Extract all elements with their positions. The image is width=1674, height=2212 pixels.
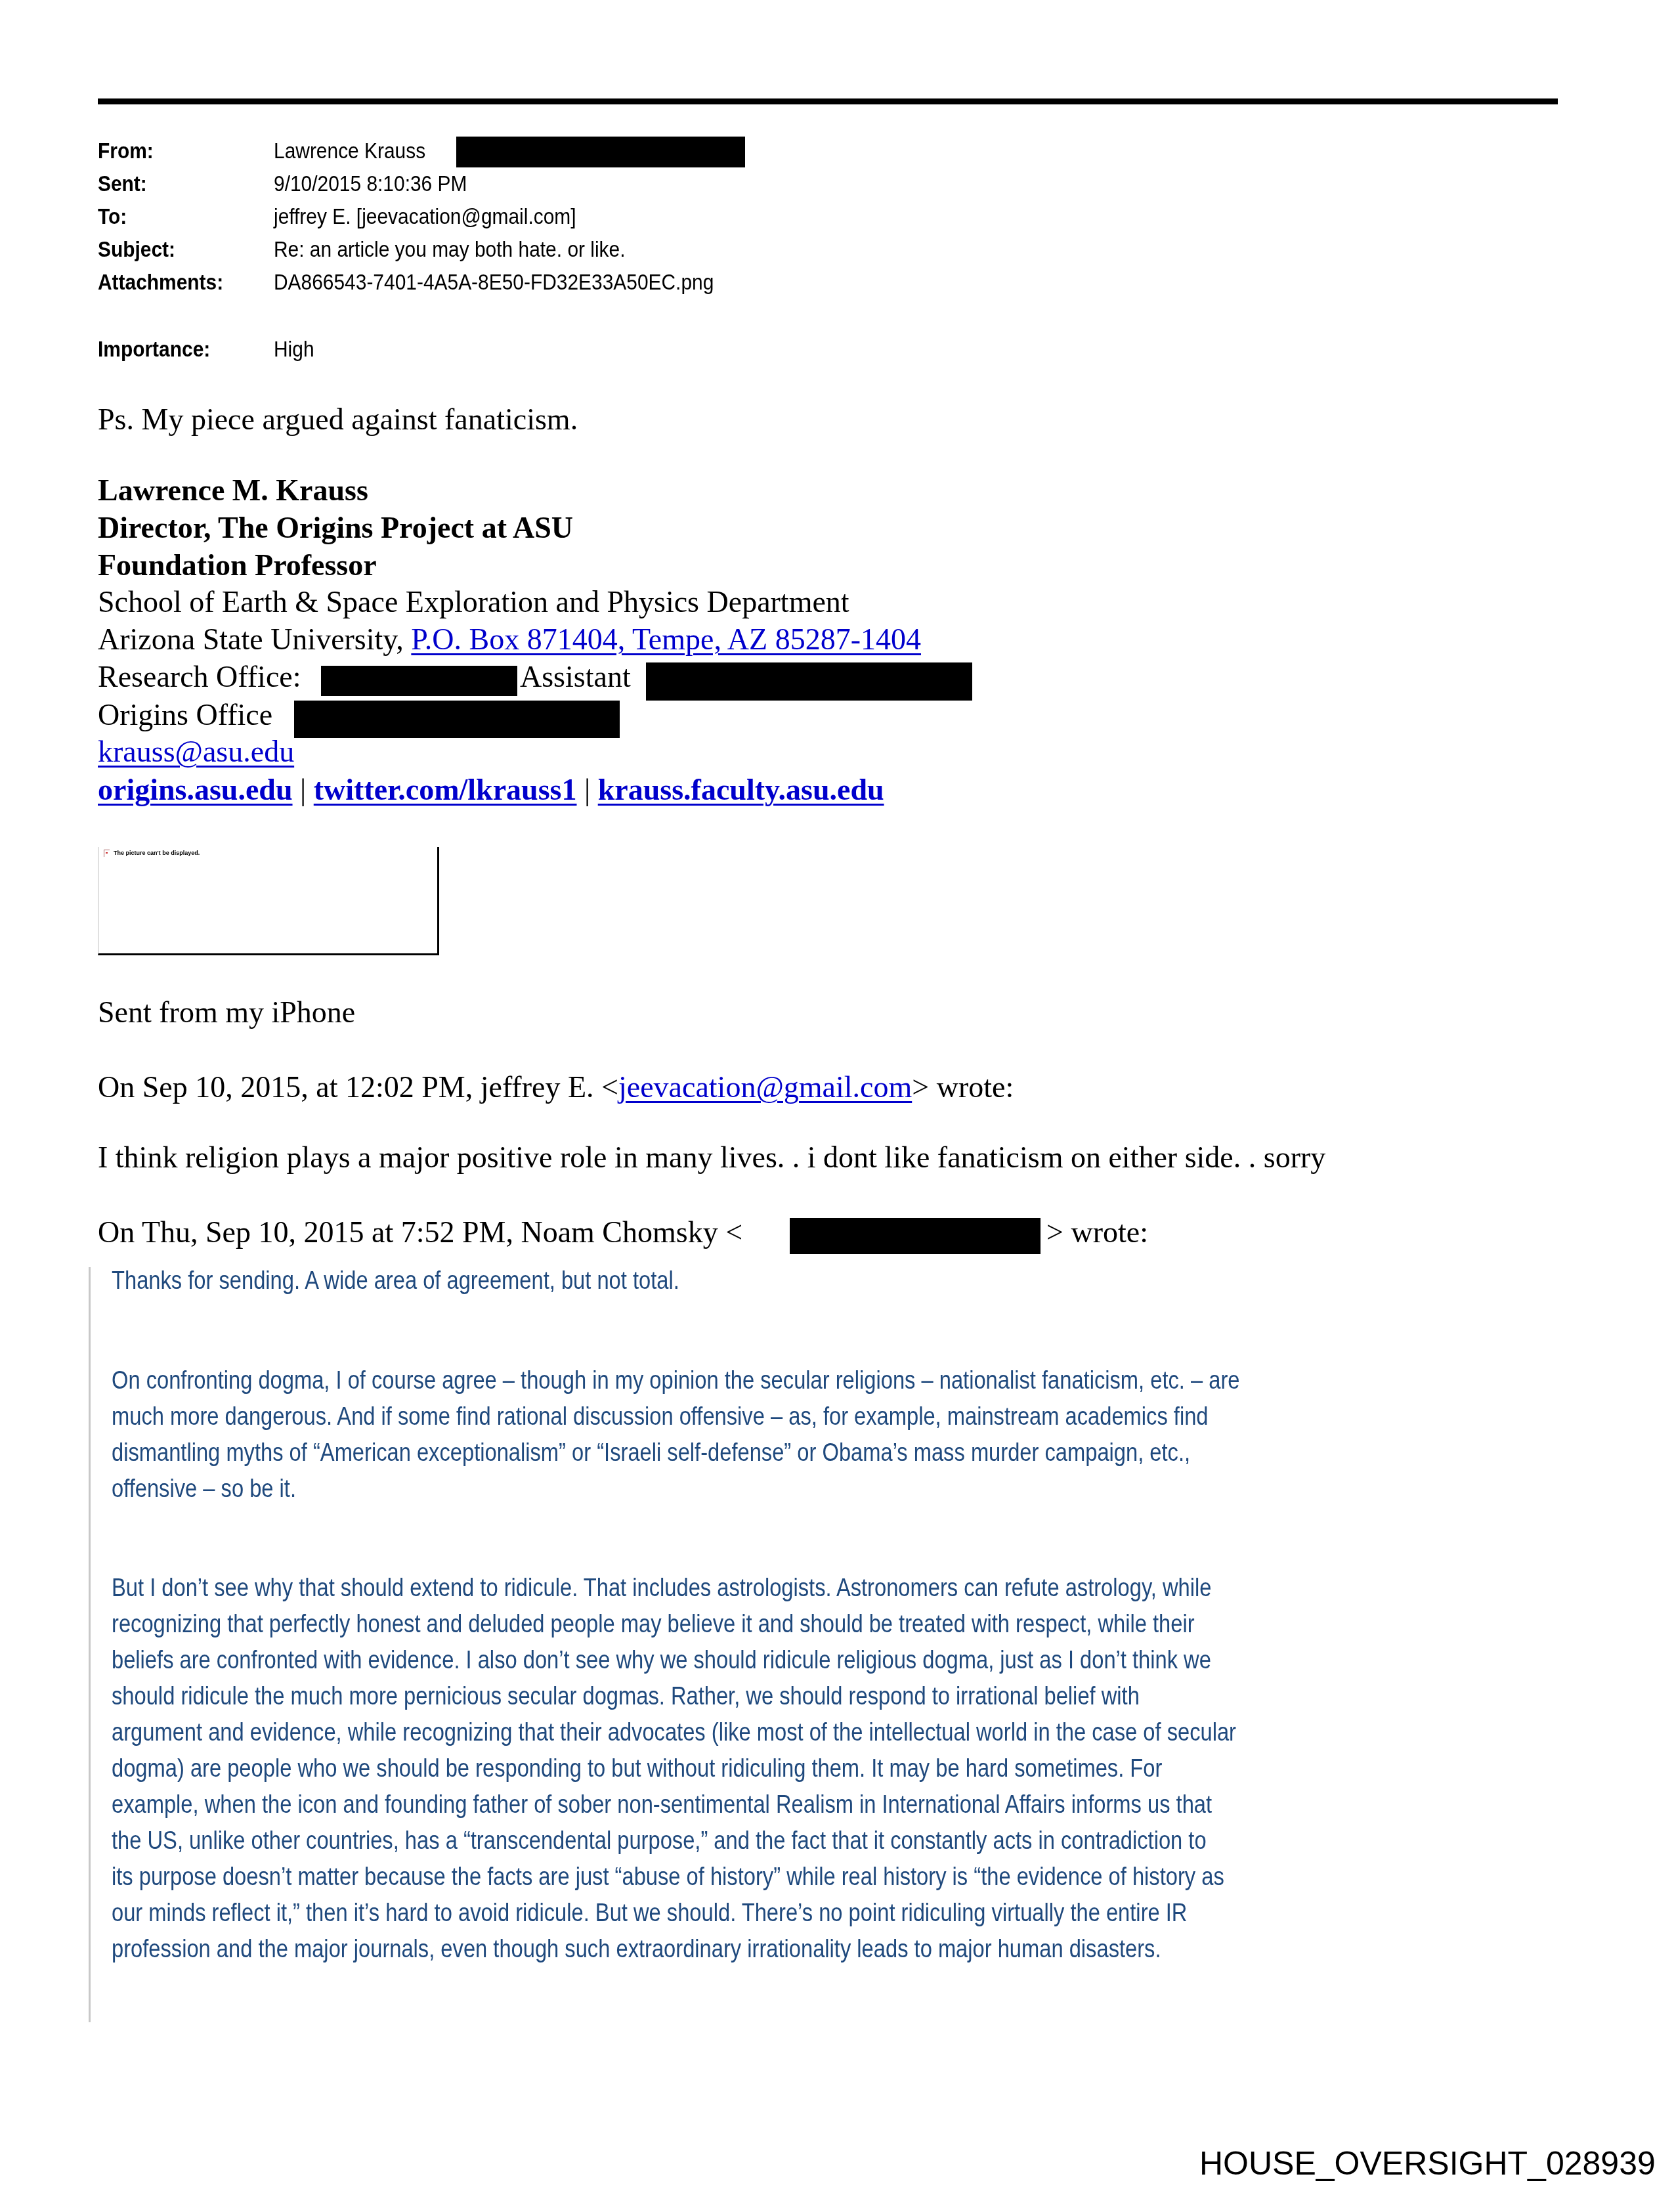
quoted-line: the US, unlike other countries, has a “t… <box>112 1827 1207 1855</box>
research-office-label: Research Office: <box>98 660 301 693</box>
quoted-line: On confronting dogma, I of course agree … <box>112 1367 1239 1395</box>
to-label: To: <box>98 200 127 233</box>
redaction-origins-office-phone <box>294 701 620 738</box>
link-separator: | <box>577 773 598 806</box>
quoted-line: profession and the major journals, even … <box>112 1936 1161 1964</box>
quoted-line: Thanks for sending. A wide area of agree… <box>112 1267 679 1295</box>
ps-line: Ps. My piece argued against fanaticism. <box>98 402 578 437</box>
address-link[interactable]: P.O. Box 871404, Tempe, AZ 85287-1404 <box>411 622 921 656</box>
quote1-attribution-suffix: > wrote: <box>912 1070 1014 1104</box>
signature-position: Foundation Professor <box>98 548 377 582</box>
signature-department: School of Earth & Space Exploration and … <box>98 584 849 619</box>
sent-label: Sent: <box>98 167 147 200</box>
quoted-line: dogma) are people who we should be respo… <box>112 1755 1162 1783</box>
quoted-line: offensive – so be it. <box>112 1475 296 1504</box>
subject-label: Subject: <box>98 233 175 266</box>
broken-image-text: The picture can't be displayed. <box>114 850 200 856</box>
faculty-website-link[interactable]: krauss.faculty.asu.edu <box>598 773 884 806</box>
sent-from-iphone: Sent from my iPhone <box>98 995 355 1030</box>
bates-number: HOUSE_OVERSIGHT_028939 <box>1199 2144 1656 2182</box>
signature-research-office-line: Research Office: <box>98 659 301 694</box>
signature-address-line: Arizona State University, P.O. Box 87140… <box>98 622 921 657</box>
subject-value: Re: an article you may both hate. or lik… <box>274 233 626 266</box>
from-label: From: <box>98 135 154 167</box>
signature-links-line: origins.asu.edu | twitter.com/lkrauss1 |… <box>98 772 884 807</box>
redaction-from-email <box>456 137 745 167</box>
broken-image-notice: The picture can't be displayed. <box>104 850 200 857</box>
quoted-line: dismantling myths of “American exception… <box>112 1439 1190 1467</box>
attachment-filename[interactable]: DA866543-7401-4A5A-8E50-FD32E33A50EC.png <box>274 266 714 299</box>
quote1-attribution-prefix: On Sep 10, 2015, at 12:02 PM, jeffrey E.… <box>98 1070 618 1104</box>
quoted-line: beliefs are confronted with evidence. I … <box>112 1647 1211 1675</box>
importance-value: High <box>274 333 314 366</box>
quote-border <box>89 1267 91 2022</box>
attachments-label: Attachments: <box>98 266 223 299</box>
signature-assistant-label: Assistant <box>520 659 631 694</box>
redaction-chomsky-email <box>790 1218 1041 1254</box>
embedded-image-placeholder: The picture can't be displayed. <box>98 847 439 955</box>
signature-origins-office-label: Origins Office <box>98 697 272 732</box>
from-value: Lawrence Krauss <box>274 135 425 167</box>
quoted-line: example, when the icon and founding fath… <box>112 1791 1212 1819</box>
quote1-attribution: On Sep 10, 2015, at 12:02 PM, jeffrey E.… <box>98 1070 1014 1104</box>
quoted-line: But I don’t see why that should extend t… <box>112 1574 1211 1603</box>
quote1-sender-email-link[interactable]: jeevacation@gmail.com <box>618 1070 912 1104</box>
quote2-attribution-prefix: On Thu, Sep 10, 2015 at 7:52 PM, Noam Ch… <box>98 1215 742 1249</box>
broken-image-icon <box>104 850 110 857</box>
university-name: Arizona State University, <box>98 622 411 656</box>
signature-email-line: krauss@asu.edu <box>98 734 294 769</box>
redaction-assistant-contact <box>646 662 972 701</box>
quoted-line: recognizing that perfectly honest and de… <box>112 1611 1195 1639</box>
link-separator: | <box>293 773 314 806</box>
quoted-line: should ridicule the much more pernicious… <box>112 1683 1140 1711</box>
signature-title: Director, The Origins Project at ASU <box>98 510 573 545</box>
quoted-line: much more dangerous. And if some find ra… <box>112 1403 1209 1431</box>
importance-label: Importance: <box>98 333 210 366</box>
quoted-line: argument and evidence, while recognizing… <box>112 1719 1236 1747</box>
quote1-text: I think religion plays a major positive … <box>98 1140 1325 1175</box>
quoted-line: its purpose doesn’t matter because the f… <box>112 1863 1224 1892</box>
origins-website-link[interactable]: origins.asu.edu <box>98 773 293 806</box>
redaction-research-office-phone <box>321 666 517 696</box>
to-value: jeffrey E. [jeevacation@gmail.com] <box>274 200 576 233</box>
sent-value: 9/10/2015 8:10:36 PM <box>274 167 467 200</box>
quoted-line: our minds reflect it,” then it’s hard to… <box>112 1899 1187 1928</box>
quote2-attribution-suffix: > wrote: <box>1046 1215 1148 1249</box>
signature-name: Lawrence M. Krauss <box>98 473 368 508</box>
signature-email-link[interactable]: krauss@asu.edu <box>98 735 294 768</box>
top-rule-divider <box>98 98 1558 104</box>
twitter-link[interactable]: twitter.com/lkrauss1 <box>314 773 577 806</box>
